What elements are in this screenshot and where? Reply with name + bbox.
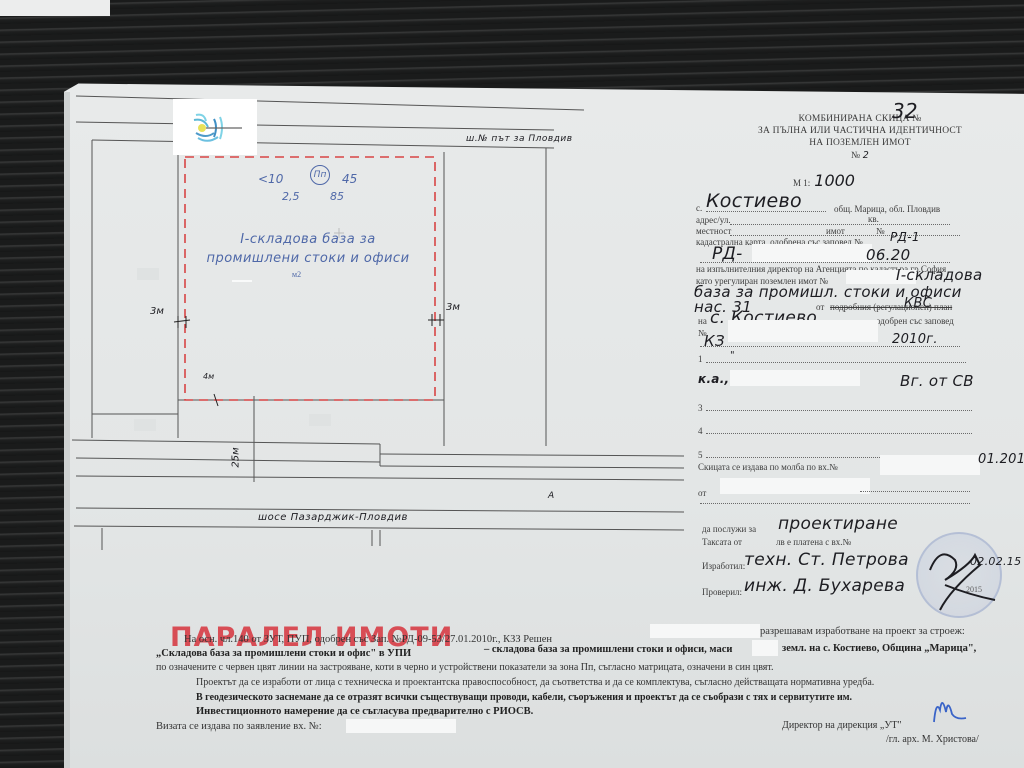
- address-label: адрес/ул.: [696, 215, 731, 225]
- redaction-4: [730, 370, 860, 386]
- plot-purpose-line2: промишлени стоки и офиси: [183, 249, 433, 268]
- purpose-hand-1: I-складова: [896, 266, 983, 284]
- redaction-5: [880, 455, 980, 475]
- form-header: КОМБИНИРАНА СКИЦА № 32 ЗА ПЪЛНА ИЛИ ЧАСТ…: [740, 113, 980, 162]
- point-label: А: [548, 491, 554, 501]
- body-line-1-right: разрешавам изработване на проект за стро…: [760, 626, 965, 637]
- matrix-density: 45: [342, 172, 357, 186]
- scale-prefix: М 1:: [793, 178, 810, 188]
- fee-paid-label: лв е платена с вх.№: [776, 537, 851, 547]
- cadastre-order: РД-1: [890, 230, 920, 244]
- corner-mark: 4м: [203, 372, 214, 381]
- site-plan-drawing: [64, 78, 684, 578]
- order-hand-2: КЗ: [704, 332, 725, 350]
- order-ref: РД-: [712, 244, 743, 264]
- from-line-2: [700, 503, 970, 504]
- from-label: от: [698, 488, 706, 498]
- form-title-1: КОМБИНИРАНА СКИЦА №: [740, 113, 980, 125]
- year-hand-2: 2010г.: [892, 332, 938, 347]
- item5-label: 5: [698, 450, 703, 460]
- item4-label: 4: [698, 426, 703, 436]
- form-title-2: ЗА ПЪЛНА ИЛИ ЧАСТИЧНА ИДЕНТИЧНОСТ: [740, 125, 980, 137]
- matrix-green: 85: [330, 190, 344, 203]
- approved-label: одобрен със заповед: [876, 316, 954, 326]
- body-line-3: по означените с червен цвят линии на зас…: [156, 662, 774, 673]
- form-number-prefix: №: [851, 151, 860, 161]
- zone-code-badge: Пп: [310, 165, 330, 185]
- redaction-6: [720, 478, 870, 494]
- prepared-label: Изработил:: [702, 561, 745, 571]
- request-date: 01.2015: [978, 452, 1024, 467]
- scale: М 1:1000: [793, 171, 855, 190]
- na-label: на: [698, 316, 707, 326]
- body-line-2-mid: – складова база за промишлени стоки и оф…: [484, 644, 732, 655]
- plot-purpose: I-складова база за промишлени стоки и оф…: [183, 230, 433, 268]
- order-line: [700, 262, 950, 263]
- of-label: от: [816, 302, 824, 312]
- scale-value: 1000: [814, 171, 855, 190]
- street-label-top: ш.№ път за Пловдив: [466, 134, 573, 144]
- wave-logo-icon: [184, 107, 246, 147]
- setback-right: 3м: [446, 302, 460, 313]
- body-line-6: Инвестиционното намерение да се съгласув…: [196, 706, 533, 717]
- address-line: [730, 224, 950, 225]
- checked-label: Проверил:: [702, 587, 742, 597]
- setback-front: 25м: [231, 447, 242, 467]
- redaction-8: [752, 640, 778, 656]
- form-number: № 2: [740, 150, 980, 162]
- plot-purpose-line1: I-складова база за: [183, 230, 433, 249]
- kvartal-label: кв.: [868, 214, 879, 224]
- from-line: [860, 491, 970, 492]
- body-line-5: В геодезическото заснемане да се отразят…: [196, 692, 852, 703]
- sketch-number: 32: [892, 105, 918, 117]
- body-line-2-left: „Складова база за промишлени стоки и офи…: [156, 648, 411, 659]
- director-title: Директор на дирекция „УТ": [782, 720, 902, 731]
- redaction-7: [650, 624, 760, 638]
- body-line-7: Визата се издава по заявление вх. №:: [156, 721, 322, 732]
- director-signature-icon: [930, 690, 970, 730]
- item1-hand: ": [730, 350, 735, 361]
- item2-hand-left: к.а.,: [698, 372, 729, 386]
- request-label: Скицата се издава по молба по вх.№: [698, 462, 838, 472]
- item1-line: [706, 362, 966, 363]
- plan-label: подробния (регулационен) план: [830, 302, 952, 312]
- redaction-3: [728, 320, 878, 342]
- purpose-label: да послужи за: [702, 524, 756, 534]
- director-name: /гл. арх. М. Христова/: [886, 734, 979, 745]
- body-line-4: Проектът да се изработи от лица с технич…: [196, 677, 874, 688]
- item2-hand-right: Вг. от СВ: [900, 372, 974, 390]
- item4-line: [706, 433, 972, 434]
- form-title-3: НА ПОЗЕМЛЕН ИМОТ: [740, 137, 980, 149]
- item3-line: [706, 410, 972, 411]
- plot-area-unit: м2: [292, 270, 301, 279]
- agency-logo: [173, 99, 257, 155]
- item1-mark: 1: [698, 354, 703, 364]
- matrix-height: <10: [258, 172, 283, 186]
- village-value: Костиево: [706, 190, 802, 212]
- street-label-bottom: шосе Пазарджик-Пловдив: [258, 512, 408, 523]
- matrix-kint: 2,5: [282, 190, 300, 203]
- body-line-2-right: земл. на с. Костиево, Община „Марица",: [782, 643, 976, 654]
- fee-label: Таксата от: [702, 537, 742, 547]
- locality-label: местност: [696, 226, 731, 236]
- signature-icon: [900, 540, 1000, 620]
- form-number-value: 2: [863, 150, 869, 161]
- purpose-value: проектиране: [778, 514, 898, 534]
- locality-line: [730, 235, 960, 236]
- village-prefix: с.: [696, 203, 702, 213]
- redaction-9: [346, 719, 456, 733]
- order-2-line: [700, 346, 960, 347]
- village-line: [706, 211, 826, 212]
- checked-value: инж. Д. Бухарева: [744, 576, 905, 596]
- item3-label: 3: [698, 403, 703, 413]
- redaction-1: [752, 244, 872, 262]
- prepared-value: техн. Ст. Петрова: [744, 550, 909, 570]
- corner-label-patch: [0, 0, 110, 16]
- setback-left: 3м: [150, 306, 164, 317]
- village-suffix: общ. Марица, обл. Пловдив: [834, 204, 940, 214]
